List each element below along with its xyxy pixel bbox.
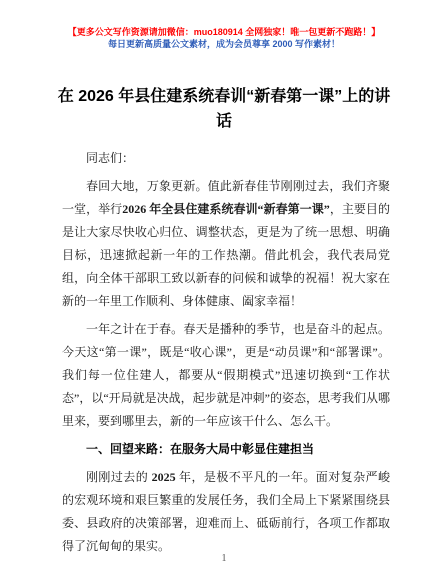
paragraph-review-2025: 刚刚过去的 2025 年，是极不平凡的一年。面对复杂严峻的宏观环境和艰巨繁重的发…: [62, 466, 390, 558]
paragraph-opening: 春回大地，万象更新。值此新春佳节刚刚过去，我们齐聚一堂，举行2026 年全县住建…: [62, 175, 390, 313]
page-number: 1: [0, 553, 448, 564]
paragraph-salutation: 同志们：: [62, 147, 390, 170]
promo-line-blue: 每日更新高质量公文素材，成为会员尊享 2000 写作素材！: [0, 38, 448, 50]
promo-line-red: 【更多公文写作资源请加微信：muo180914 全网独家！唯一包更新不跑路！】: [0, 26, 448, 38]
document-body: 同志们： 春回大地，万象更新。值此新春佳节刚刚过去，我们齐聚一堂，举行2026 …: [0, 147, 448, 558]
document-page: 【更多公文写作资源请加微信：muo180914 全网独家！唯一包更新不跑路！】 …: [0, 0, 448, 580]
promo-header: 【更多公文写作资源请加微信：muo180914 全网独家！唯一包更新不跑路！】 …: [0, 0, 448, 50]
section-heading-1: 一、回望来路：在服务大局中彰显住建担当: [62, 438, 390, 461]
page-title: 在 2026 年县住建系统春训“新春第一课”上的讲话: [0, 84, 448, 134]
paragraph-first-lesson: 一年之计在于春。春天是播种的季节，也是奋斗的起点。今天这“第一课”，既是“收心课…: [62, 318, 390, 433]
